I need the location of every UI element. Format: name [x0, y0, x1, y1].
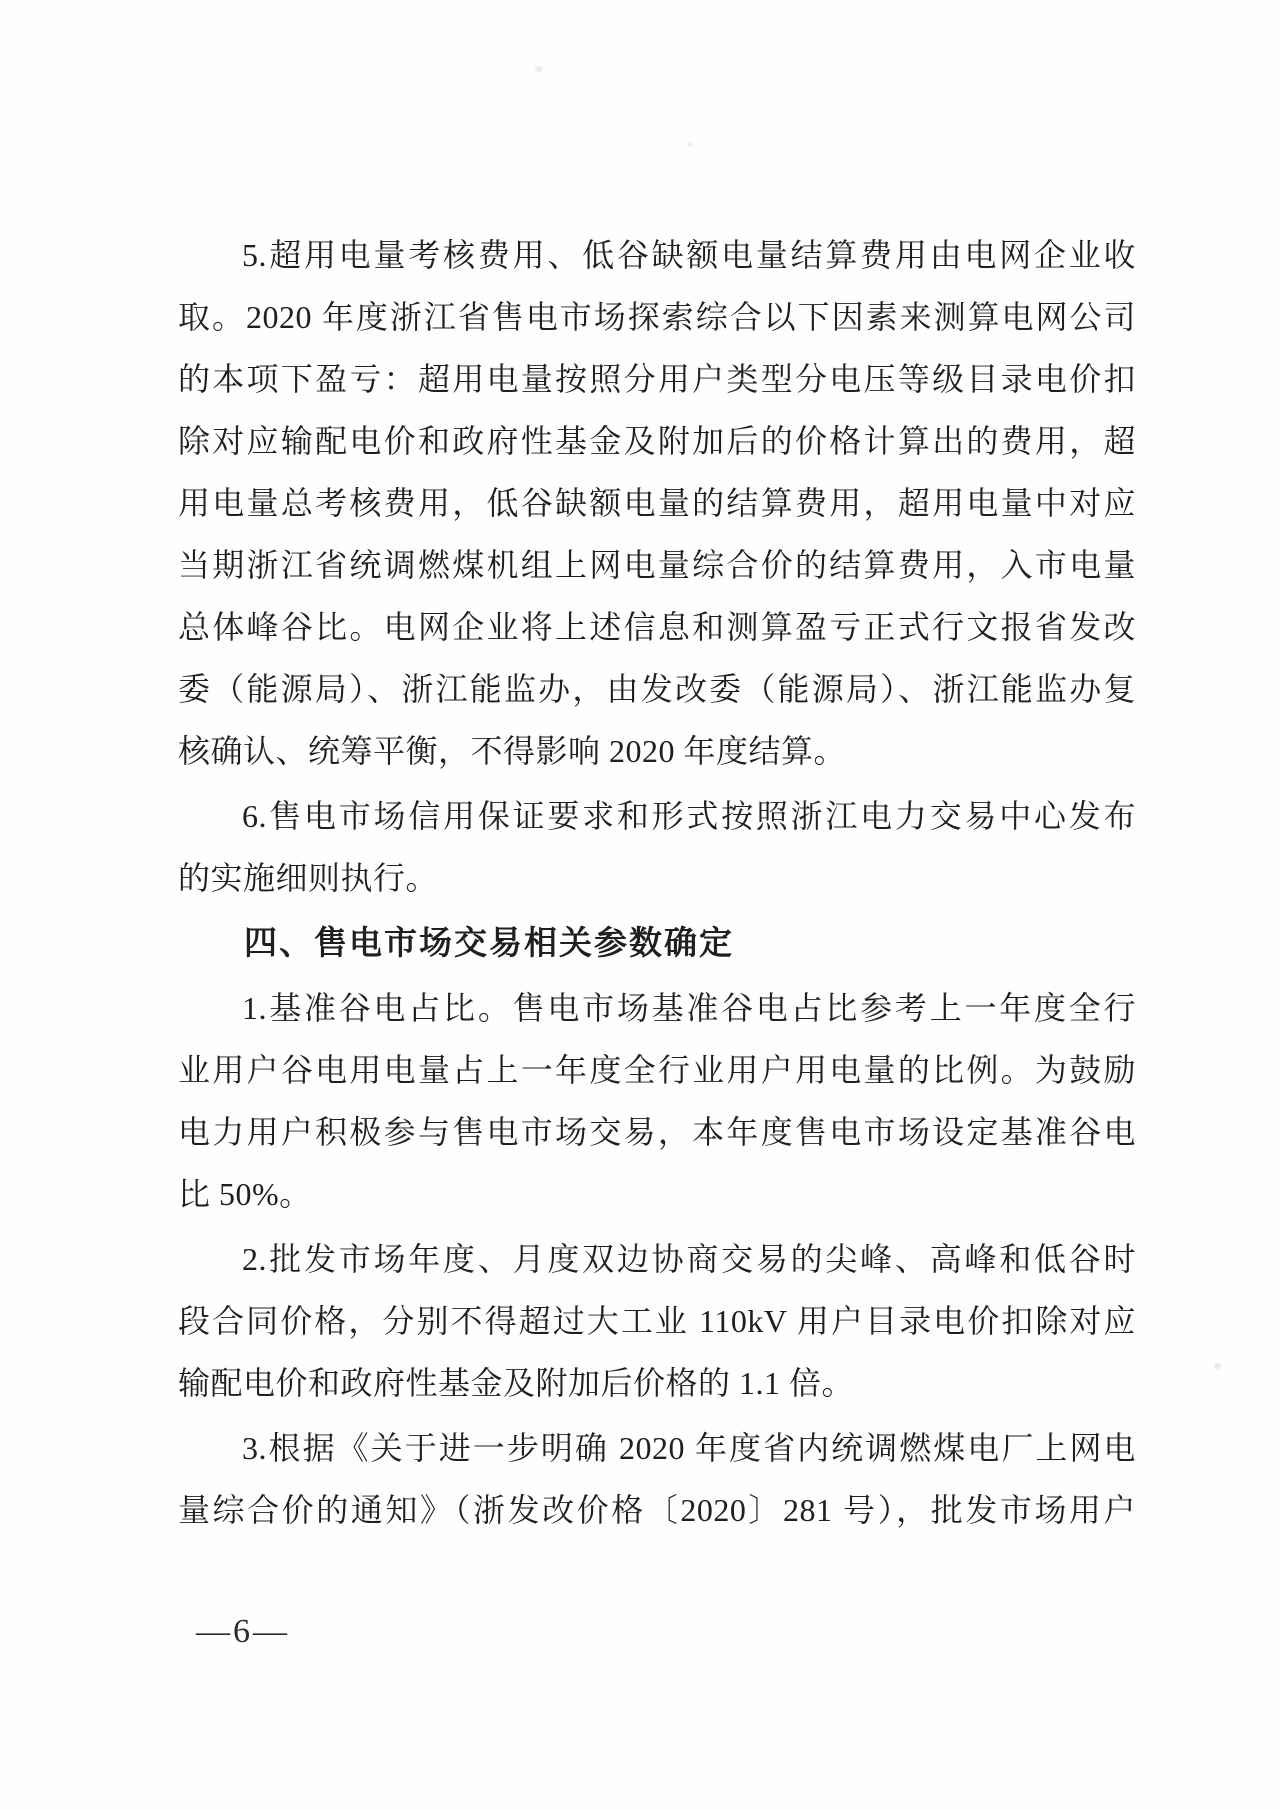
text-line: 总体峰谷比。电网企业将上述信息和测算盈亏正式行文报省发改 — [178, 596, 1136, 658]
text-line: 的实施细则执行。 — [178, 847, 1136, 909]
paragraph: 2.批发市场年度、月度双边协商交易的尖峰、高峰和低谷时段合同价格，分别不得超过大… — [178, 1228, 1136, 1414]
text-line: 当期浙江省统调燃煤机组上网电量综合价的结算费用，入市电量 — [178, 534, 1136, 596]
text-line: 6.售电市场信用保证要求和形式按照浙江电力交易中心发布 — [178, 785, 1136, 847]
text-line: 用电量总考核费用，低谷缺额电量的结算费用，超用电量中对应 — [178, 472, 1136, 534]
page-number: —6— — [196, 1601, 290, 1663]
text-line: 1.基准谷电占比。售电市场基准谷电占比参考上一年度全行 — [178, 977, 1136, 1039]
section-heading: 四、售电市场交易相关参数确定 — [178, 912, 1136, 974]
scan-speck — [1214, 1363, 1221, 1369]
document-content: 5.超用电量考核费用、低谷缺额电量结算费用由电网企业收取。2020 年度浙江省售… — [178, 224, 1136, 1544]
text-line: 核确认、统筹平衡，不得影响 2020 年度结算。 — [178, 720, 1136, 782]
paragraph: 1.基准谷电占比。售电市场基准谷电占比参考上一年度全行业用户谷电用电量占上一年度… — [178, 977, 1136, 1225]
text-line: 取。2020 年度浙江省售电市场探索综合以下因素来测算电网公司 — [178, 286, 1136, 348]
text-line: 电力用户积极参与售电市场交易，本年度售电市场设定基准谷电 — [178, 1101, 1136, 1163]
text-line: 3.根据《关于进一步明确 2020 年度省内统调燃煤电厂上网电 — [178, 1417, 1136, 1479]
text-line: 输配电价和政府性基金及附加后价格的 1.1 倍。 — [178, 1352, 1136, 1414]
text-line: 委（能源局）、浙江能监办，由发改委（能源局）、浙江能监办复 — [178, 658, 1136, 720]
text-line: 比 50%。 — [178, 1163, 1136, 1225]
heading-line: 四、售电市场交易相关参数确定 — [178, 912, 1136, 974]
text-line: 5.超用电量考核费用、低谷缺额电量结算费用由电网企业收 — [178, 224, 1136, 286]
text-line: 2.批发市场年度、月度双边协商交易的尖峰、高峰和低谷时 — [178, 1228, 1136, 1290]
paragraph: 6.售电市场信用保证要求和形式按照浙江电力交易中心发布的实施细则执行。 — [178, 785, 1136, 909]
text-line: 段合同价格，分别不得超过大工业 110kV 用户目录电价扣除对应 — [178, 1290, 1136, 1352]
document-page: 5.超用电量考核费用、低谷缺额电量结算费用由电网企业收取。2020 年度浙江省售… — [0, 0, 1280, 1809]
paragraph: 3.根据《关于进一步明确 2020 年度省内统调燃煤电厂上网电量综合价的通知》（… — [178, 1417, 1136, 1541]
text-line: 的本项下盈亏：超用电量按照分用户类型分电压等级目录电价扣 — [178, 348, 1136, 410]
scan-speck — [687, 142, 693, 147]
text-line: 量综合价的通知》（浙发改价格〔2020〕281 号），批发市场用户 — [178, 1479, 1136, 1541]
text-line: 业用户谷电用电量占上一年度全行业用户用电量的比例。为鼓励 — [178, 1039, 1136, 1101]
scan-speck — [535, 66, 543, 72]
paragraph: 5.超用电量考核费用、低谷缺额电量结算费用由电网企业收取。2020 年度浙江省售… — [178, 224, 1136, 782]
text-line: 除对应输配电价和政府性基金及附加后的价格计算出的费用，超 — [178, 410, 1136, 472]
